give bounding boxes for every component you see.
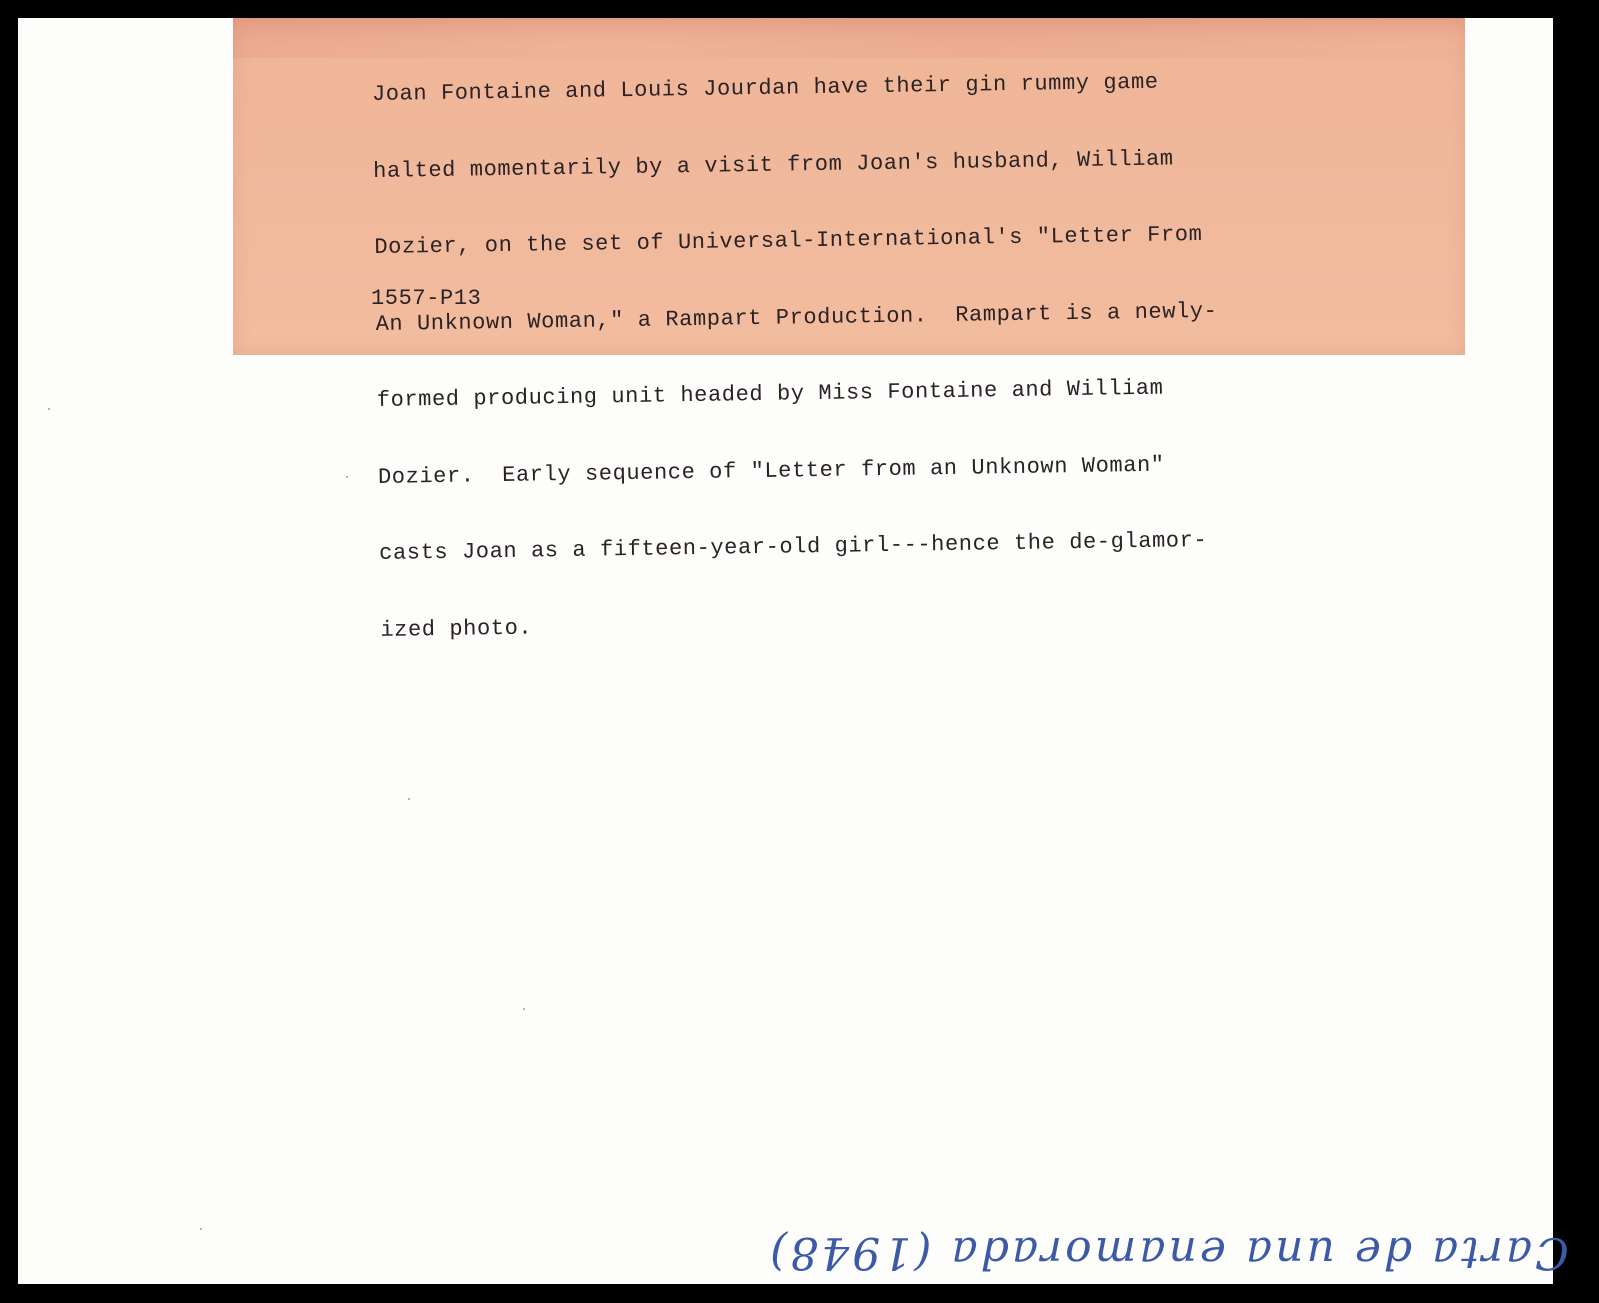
dust-speck [523,1008,525,1010]
caption-text: Joan Fontaine and Louis Jourdan have the… [371,14,1441,694]
dust-speck [200,1228,202,1230]
handwritten-note: Carta de una enamorada (1948) [773,1218,1563,1288]
caption-line: formed producing unit headed by Miss Fon… [377,371,1437,413]
handwritten-note-text: Carta de una enamorada (1948) [767,1228,1569,1279]
dust-speck [346,476,348,478]
photo-paper: Joan Fontaine and Louis Jourdan have the… [18,18,1553,1284]
dust-speck [48,408,50,410]
scanned-photo-back: Joan Fontaine and Louis Jourdan have the… [0,0,1599,1303]
caption-line: Dozier. Early sequence of "Letter from a… [378,448,1438,490]
caption-line: ized photo. [380,601,1440,643]
caption-line: halted momentarily by a visit from Joan'… [373,142,1433,184]
caption-line: casts Joan as a fifteen-year-old girl---… [379,524,1439,566]
dust-speck [408,798,410,800]
reference-number: 1557-P13 [371,286,481,311]
caption-line: Dozier, on the set of Universal-Internat… [374,218,1434,260]
caption-line: An Unknown Woman," a Rampart Production.… [375,295,1435,337]
caption-line: Joan Fontaine and Louis Jourdan have the… [372,65,1432,107]
caption-slip: Joan Fontaine and Louis Jourdan have the… [233,18,1465,355]
